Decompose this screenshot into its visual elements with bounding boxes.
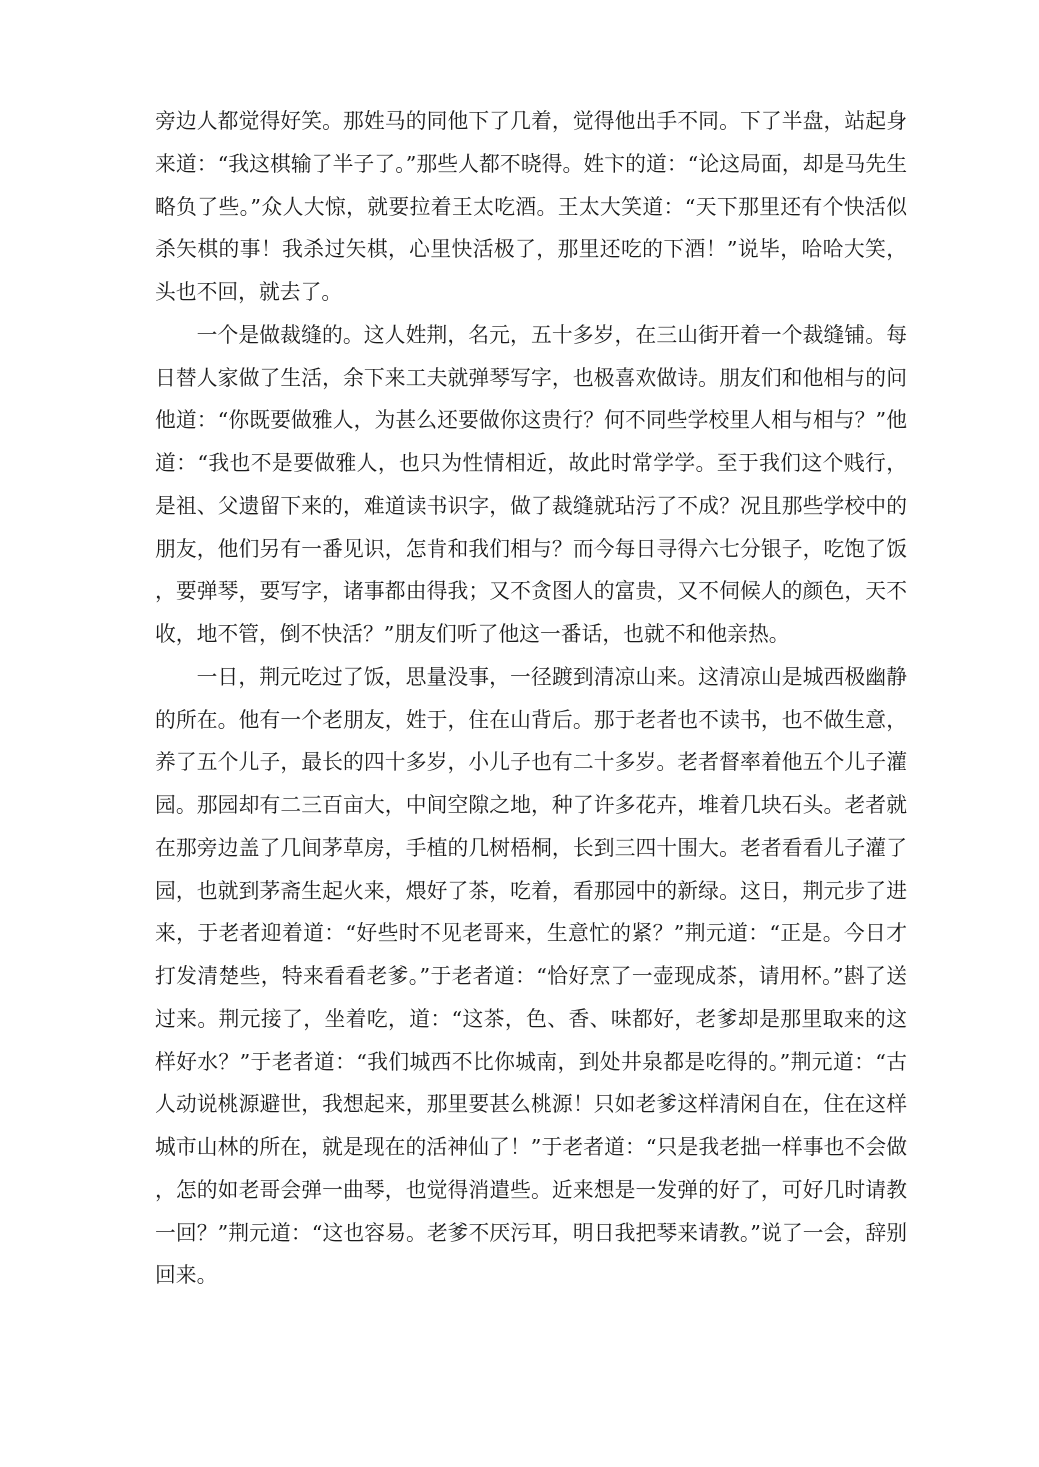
document-page: 旁边人都觉得好笑。那姓马的同他下了几着，觉得他出手不同。下了半盘，站起身来道：“… <box>155 100 907 1297</box>
paragraph-tailor-introduction: 一个是做裁缝的。这人姓荆，名元，五十多岁，在三山街开着一个裁缝铺。每日替人家做了… <box>155 314 907 656</box>
faint-watermark <box>699 1387 999 1447</box>
paragraph-chess-story: 旁边人都觉得好笑。那姓马的同他下了几着，觉得他出手不同。下了半盘，站起身来道：“… <box>155 100 907 314</box>
paragraph-qingliang-mountain-visit: 一日，荆元吃过了饭，思量没事，一径踱到清凉山来。这清凉山是城西极幽静的所在。他有… <box>155 656 907 1297</box>
